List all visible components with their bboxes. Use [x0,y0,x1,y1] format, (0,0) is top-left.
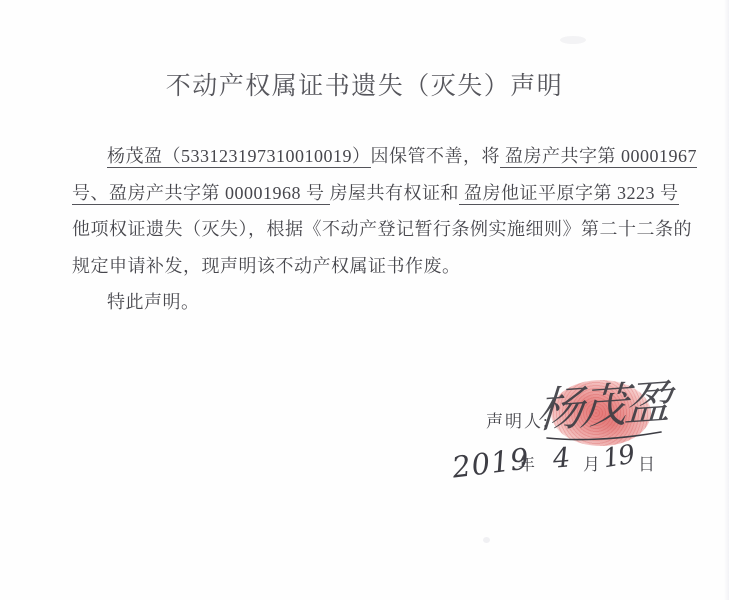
paragraph-line: 号、盈房产共字第 00001968 号 房屋共有权证和 盈房他证平原字第 322… [72,175,661,212]
day-unit-label: 日 [638,450,655,475]
statement-text: 规定申请补发，现声明该不动产权属证书作废。 [72,256,461,276]
scan-artifact [560,36,586,44]
statement-text: 房屋共有权证和 [330,183,460,203]
handwritten-month: 4 [552,442,572,474]
paragraph-line: 杨茂盈（533123197310010019）因保管不善，将 盈房产共字第 00… [72,138,661,175]
date-line: 2019 年 4 月 19 日 [452,438,672,486]
statement-paragraph: 杨茂盈（533123197310010019）因保管不善，将 盈房产共字第 00… [72,138,661,321]
year-unit-label: 年 [518,450,535,475]
statement-text: 因保管不善，将 [371,146,501,166]
statement-text: 特此声明。 [107,292,200,312]
closing-statement-line: 特此声明。 [72,284,661,321]
certificate-number-3-field: 盈房他证平原字第 3223 号 [459,183,679,205]
document-page: 不动产权属证书遗失（灭失）声明 杨茂盈（533123197310010019）因… [0,0,729,600]
scan-artifact [483,537,490,543]
certificate-number-1-field: 盈房产共字第 00001967 [500,146,697,168]
document-title: 不动产权属证书遗失（灭失）声明 [0,66,729,102]
declarant-name-and-id-field: 杨茂盈（533123197310010019） [107,146,371,168]
month-unit-label: 月 [583,450,600,475]
certificate-number-2-field: 号、盈房产共字第 00001968 号 [72,183,330,205]
statement-text: 他项权证遗失（灭失），根据《不动产登记暂行条例实施细则》第二十二条的 [72,219,692,239]
paragraph-line: 规定申请补发，现声明该不动产权属证书作废。 [72,248,661,285]
paragraph-line: 他项权证遗失（灭失），根据《不动产登记暂行条例实施细则》第二十二条的 [72,211,661,248]
handwritten-day: 19 [601,440,636,474]
